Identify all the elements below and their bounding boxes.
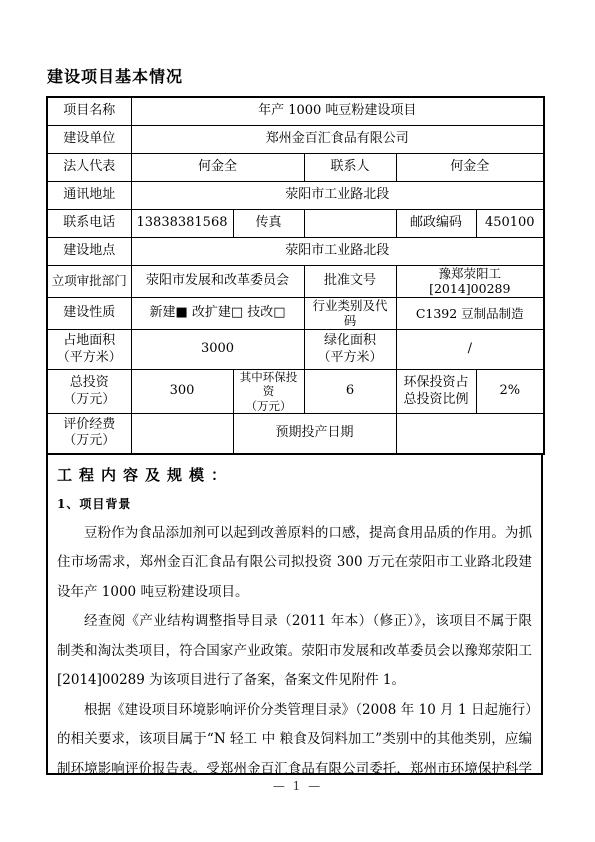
field-value-investment: 300	[131, 370, 233, 414]
field-label-area: 占地面积 （平方米）	[47, 330, 131, 370]
field-value-phone: 13838381568	[131, 209, 233, 237]
field-value-approval-dept: 荥阳市发展和改革委员会	[131, 265, 304, 297]
section-project-scope: 工程内容及规模： 1、项目背景 豆粉作为食品添加剂可以起到改善原料的口感，提高食…	[46, 455, 543, 775]
field-value-legal-rep: 何金全	[131, 153, 304, 181]
field-label-project-name: 项目名称	[47, 97, 131, 125]
field-value-approval-doc: 豫郑荥阳工[2014]00289	[396, 265, 544, 297]
page-content: 建设项目基本情况 项目名称 年产 1000 吨豆粉建设项目 建设单位 郑州金百汇…	[46, 64, 543, 775]
field-value-builder: 郑州金百汇食品有限公司	[131, 125, 544, 153]
field-value-address: 荥阳市工业路北段	[131, 181, 544, 209]
field-label-investment: 总投资 （万元）	[47, 370, 131, 414]
paragraph-policy: 经查阅《产业结构调整指导目录（2011 年本）（修正）》，该项目不属于限制类和淘…	[57, 607, 532, 696]
row-phone: 联系电话 13838381568 传真 邮政编码 450100	[47, 209, 544, 237]
field-label-location: 建设地点	[47, 237, 131, 265]
field-value-contact: 何金全	[396, 153, 544, 181]
field-value-env-investment: 6	[304, 370, 396, 414]
row-area: 占地面积 （平方米） 3000 绿化面积 （平方米） /	[47, 330, 544, 370]
section-title: 工程内容及规模：	[57, 460, 532, 490]
field-label-env-ratio: 环保投资占 总投资比例	[396, 370, 476, 414]
field-value-fax	[304, 209, 396, 237]
field-value-green-area: /	[396, 330, 544, 370]
field-label-address: 通讯地址	[47, 181, 131, 209]
field-label-eval-fee: 评价经费 （万元）	[47, 414, 131, 454]
field-value-industry: C1392 豆制品制造	[396, 297, 544, 329]
field-value-area: 3000	[131, 330, 304, 370]
field-label-industry: 行业类别及代码	[304, 297, 396, 329]
row-address: 通讯地址 荥阳市工业路北段	[47, 181, 544, 209]
field-value-project-name: 年产 1000 吨豆粉建设项目	[131, 97, 544, 125]
page-number: — 1 —	[0, 779, 595, 793]
field-label-zip: 邮政编码	[396, 209, 476, 237]
row-nature: 建设性质 新建■ 改扩建□ 技改□ 行业类别及代码 C1392 豆制品制造	[47, 297, 544, 329]
field-label-nature: 建设性质	[47, 297, 131, 329]
row-investment: 总投资 （万元） 300 其中环保投资 （万元） 6 环保投资占 总投资比例 2…	[47, 370, 544, 414]
field-label-fax: 传真	[233, 209, 304, 237]
row-eval-fee: 评价经费 （万元） 预期投产日期	[47, 414, 544, 454]
row-builder: 建设单位 郑州金百汇食品有限公司	[47, 125, 544, 153]
section-body: 豆粉作为食品添加剂可以起到改善原料的口感，提高食用品质的作用。为抓住市场需求，郑…	[57, 519, 532, 775]
paragraph-eia-requirement: 根据《建设项目环境影响评价分类管理目录》（2008 年 10 月 1 日起施行）…	[57, 696, 532, 775]
field-label-production-date: 预期投产日期	[233, 414, 396, 454]
document-page: 建设项目基本情况 项目名称 年产 1000 吨豆粉建设项目 建设单位 郑州金百汇…	[0, 0, 595, 842]
field-value-nature-checkboxes: 新建■ 改扩建□ 技改□	[131, 297, 304, 329]
field-label-legal-rep: 法人代表	[47, 153, 131, 181]
field-label-approval-dept: 立项审批部门	[47, 265, 131, 297]
row-project-name: 项目名称 年产 1000 吨豆粉建设项目	[47, 97, 544, 125]
field-value-location: 荥阳市工业路北段	[131, 237, 544, 265]
field-value-zip: 450100	[476, 209, 544, 237]
field-label-contact: 联系人	[304, 153, 396, 181]
project-info-table: 项目名称 年产 1000 吨豆粉建设项目 建设单位 郑州金百汇食品有限公司 法人…	[46, 96, 545, 455]
field-label-green-area: 绿化面积 （平方米）	[304, 330, 396, 370]
field-value-env-ratio: 2%	[476, 370, 544, 414]
row-legal-rep: 法人代表 何金全 联系人 何金全	[47, 153, 544, 181]
field-label-builder: 建设单位	[47, 125, 131, 153]
field-label-approval-doc: 批准文号	[304, 265, 396, 297]
row-location: 建设地点 荥阳市工业路北段	[47, 237, 544, 265]
field-value-production-date	[396, 414, 544, 454]
page-title: 建设项目基本情况	[47, 64, 543, 87]
field-value-eval-fee	[131, 414, 233, 454]
row-approval: 立项审批部门 荥阳市发展和改革委员会 批准文号 豫郑荥阳工[2014]00289	[47, 265, 544, 297]
paragraph-background: 豆粉作为食品添加剂可以起到改善原料的口感，提高食用品质的作用。为抓住市场需求，郑…	[57, 519, 532, 608]
field-label-phone: 联系电话	[47, 209, 131, 237]
section-subheading: 1、项目背景	[57, 490, 532, 519]
field-label-env-investment: 其中环保投资 （万元）	[233, 370, 304, 414]
